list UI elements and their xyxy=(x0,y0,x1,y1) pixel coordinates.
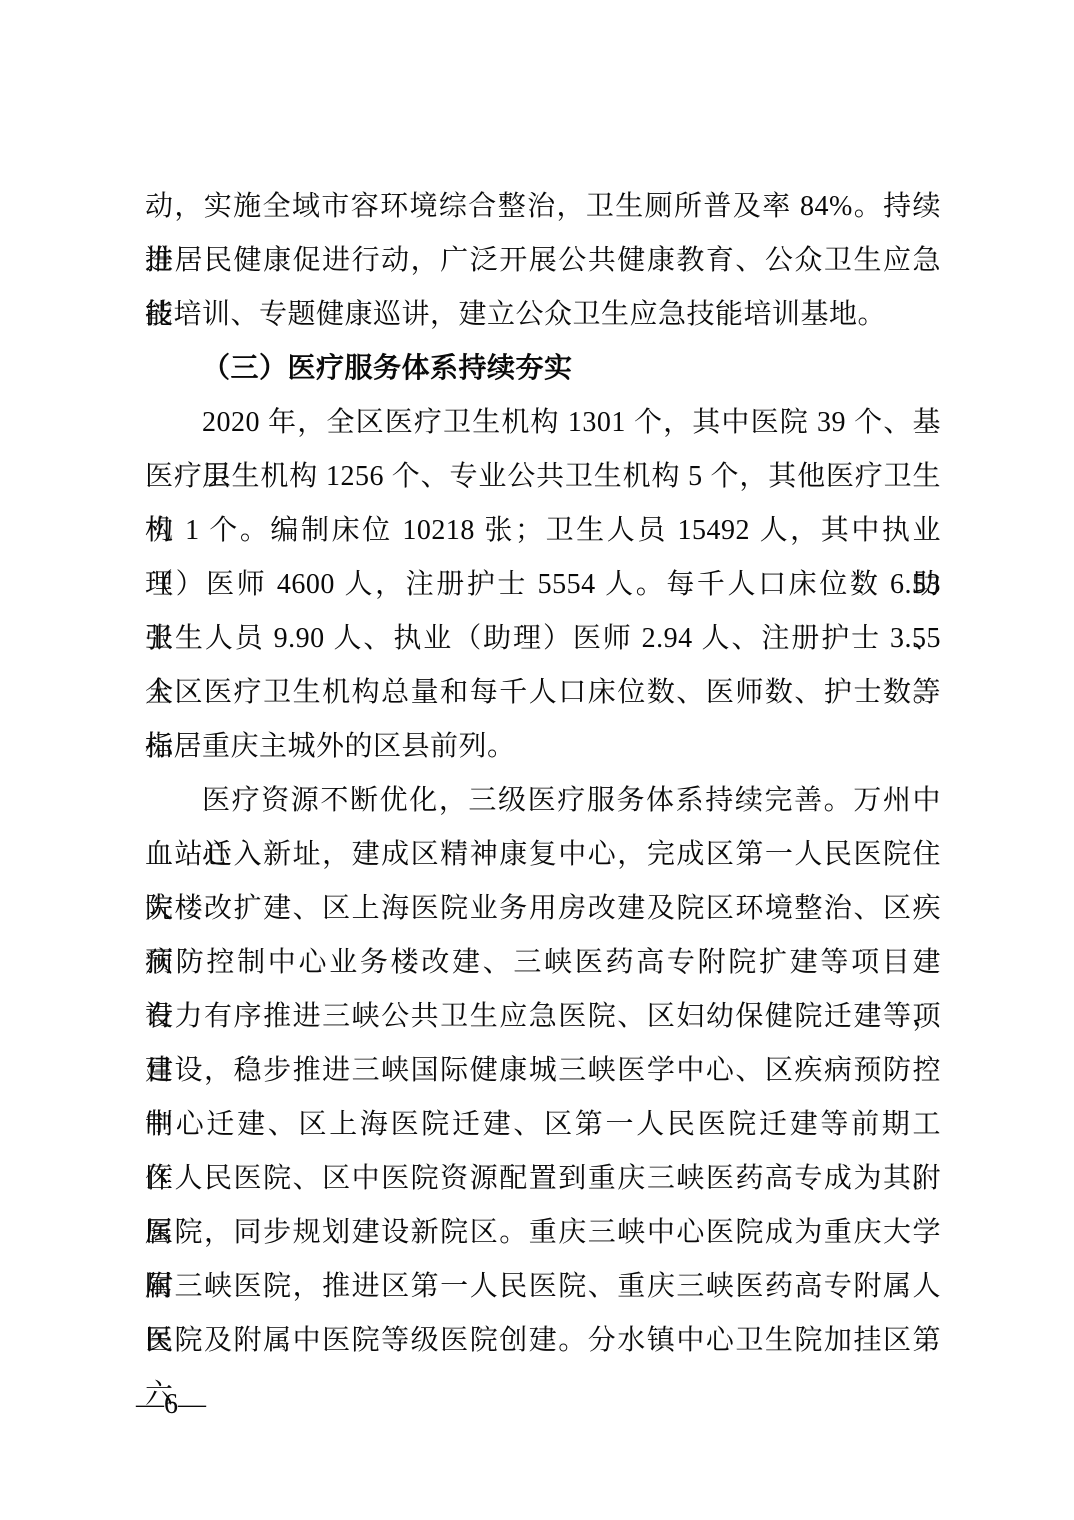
text-line: 2020 年，全区医疗卫生机构 1301 个，其中医院 39 个、基层 xyxy=(145,396,941,450)
text-line: 卫生人员 9.90 人、执业（助理）医师 2.94 人、注册护士 3.55 人。 xyxy=(145,612,941,666)
text-line: 血站迁入新址，建成区精神康复中心，完成区第一人民医院住院 xyxy=(145,828,941,882)
text-line: 建设，稳步推进三峡国际健康城三峡医学中心、区疾病预防控制 xyxy=(145,1044,941,1098)
text-line: 有力有序推进三峡公共卫生应急医院、区妇幼保健院迁建等项目 xyxy=(145,990,941,1044)
text-line: 属三峡医院，推进区第一人民医院、重庆三峡医药高专附属人民 xyxy=(145,1260,941,1314)
text-line: 中心迁建、区上海医院迁建、区第一人民医院迁建等前期工作。 xyxy=(145,1098,941,1152)
text-line: 区人民医院、区中医院资源配置到重庆三峡医药高专成为其附属 xyxy=(145,1152,941,1206)
text-line: 动，实施全域市容环境综合整治，卫生厕所普及率 84%。持续推 xyxy=(145,180,941,234)
text-line: 构 1 个。编制床位 10218 张；卫生人员 15492 人，其中执业（助 xyxy=(145,504,941,558)
document-page: 动，实施全域市容环境综合整治，卫生厕所普及率 84%。持续推进居民健康促进行动，… xyxy=(0,0,1074,1520)
text-line: 大楼改扩建、区上海医院业务用房改建及院区环境整治、区疾病 xyxy=(145,882,941,936)
page-number: —6— xyxy=(136,1378,206,1432)
text-line: 能培训、专题健康巡讲，建立公众卫生应急技能培训基地。 xyxy=(145,288,941,342)
section-heading: （三）医疗服务体系持续夯实 xyxy=(145,342,941,396)
text-line: 标居重庆主城外的区县前列。 xyxy=(145,720,941,774)
text-line: 进居民健康促进行动，广泛开展公共健康教育、公众卫生应急技 xyxy=(145,234,941,288)
text-line: 理）医师 4600 人，注册护士 5554 人。每千人口床位数 6.53 张、 xyxy=(145,558,941,612)
text-line: 预防控制中心业务楼改建、三峡医药高专附院扩建等项目建设， xyxy=(145,936,941,990)
text-line: 医疗卫生机构 1256 个、专业公共卫生机构 5 个，其他医疗卫生机 xyxy=(145,450,941,504)
text-line: 医院，同步规划建设新院区。重庆三峡中心医院成为重庆大学附 xyxy=(145,1206,941,1260)
text-line: 医院及附属中医院等级医院创建。分水镇中心卫生院加挂区第六 xyxy=(145,1314,941,1368)
text-line: 全区医疗卫生机构总量和每千人口床位数、医师数、护士数等指 xyxy=(145,666,941,720)
text-line: 医疗资源不断优化，三级医疗服务体系持续完善。万州中心 xyxy=(145,774,941,828)
text-block: 动，实施全域市容环境综合整治，卫生厕所普及率 84%。持续推进居民健康促进行动，… xyxy=(145,180,941,1368)
